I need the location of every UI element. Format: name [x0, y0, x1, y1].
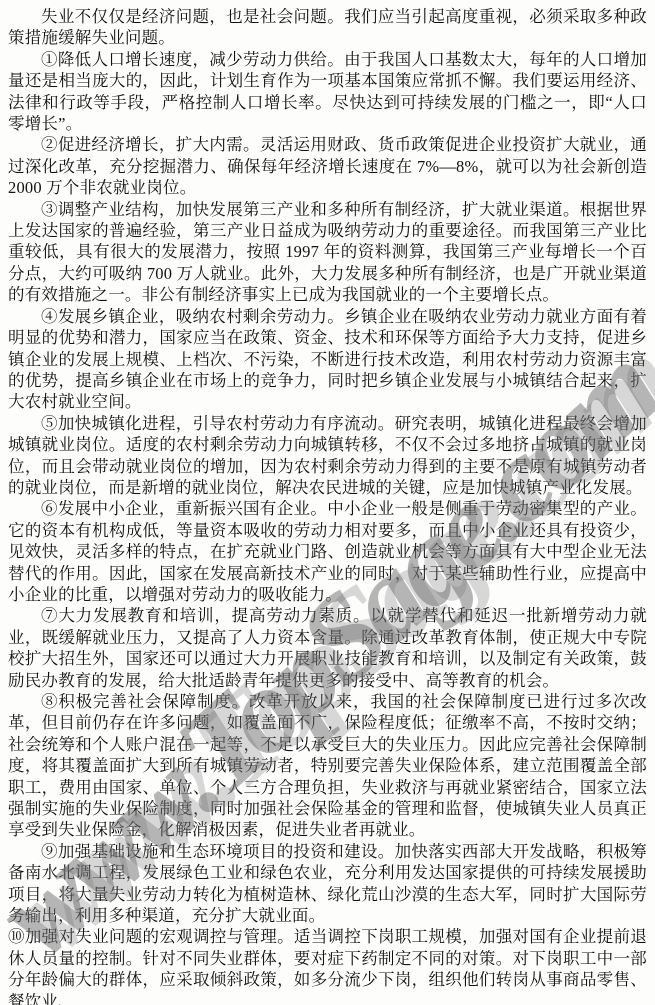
document-page: 失业不仅仅是经济问题，也是社会问题。我们应当引起高度重视，必须采取多种政策措施缓… [0, 0, 655, 1005]
paragraph-point-1: ①降低人口增长速度，减少劳动力供给。由于我国人口基数太大，每年的人口增加量还是相… [8, 49, 647, 135]
paragraph-point-4: ④发展乡镇企业，吸纳农村剩余劳动力。乡镇企业在吸纳农业劳动力就业方面有着明显的优… [8, 306, 647, 413]
paragraph-point-3: ③调整产业结构，加快发展第三产业和多种所有制经济，扩大就业渠道。根据世界上发达国… [8, 199, 647, 306]
paragraph-point-8: ⑧积极完善社会保障制度。改革开放以来，我国的社会保障制度已进行过多次改革，但目前… [8, 691, 647, 841]
paragraph-point-2: ②促进经济增长，扩大内需。灵活运用财政、货币政策促进企业投资扩大就业，通过深化改… [8, 134, 647, 198]
paragraph-point-7: ⑦大力发展教育和培训，提高劳动力素质。以就学替代和延迟一批新增劳动力就业，既缓解… [8, 605, 647, 691]
paragraph-point-6: ⑥发展中小企业，重新振兴国有企业。中小企业一般是侧重于劳动密集型的产业。它的资本… [8, 498, 647, 605]
document-text-block: 失业不仅仅是经济问题，也是社会问题。我们应当引起高度重视，必须采取多种政策措施缓… [0, 0, 655, 1005]
paragraph-point-5: ⑤加快城镇化进程，引导农村劳动力有序流动。研究表明，城镇化进程最终会增加城镇就业… [8, 413, 647, 499]
paragraph-intro: 失业不仅仅是经济问题，也是社会问题。我们应当引起高度重视，必须采取多种政策措施缓… [8, 6, 647, 49]
paragraph-point-10: ⑩加强对失业问题的宏观调控与管理。适当调控下岗职工规模，加强对国有企业提前退休人… [8, 926, 647, 1005]
paragraph-point-9: ⑨加强基础设施和生态环境项目的投资和建设。加快落实西部大开发战略，积极筹备南水北… [8, 841, 647, 927]
